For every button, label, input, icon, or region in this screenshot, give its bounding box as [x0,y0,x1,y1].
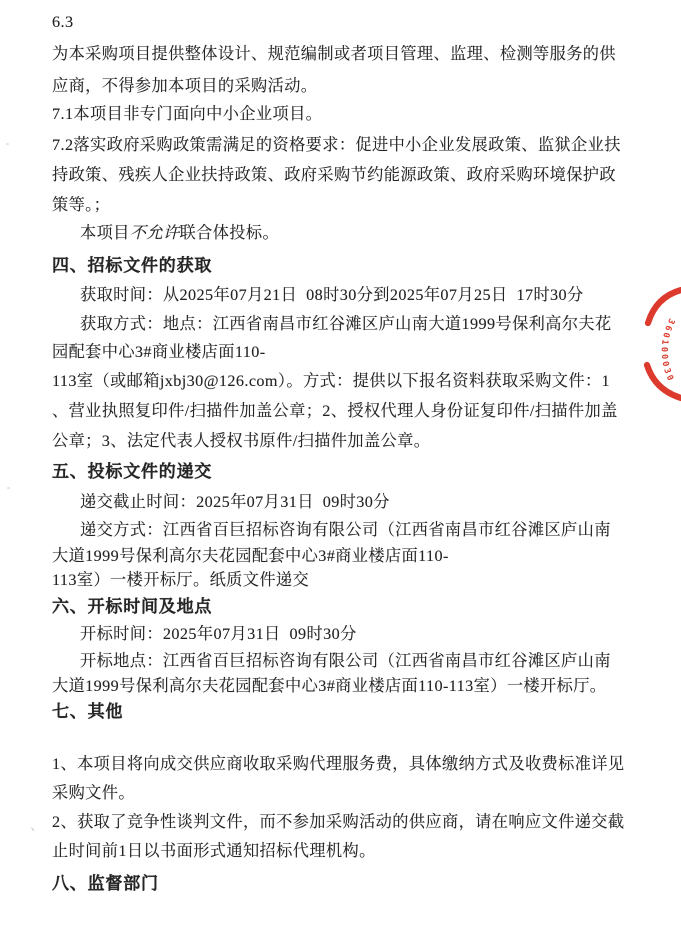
joint-bid-suffix: 联合体投标。 [180,224,280,242]
submission-method-line3: 113室）一楼开标厅。纸质文件递交 [52,570,309,590]
submission-deadline: 递交截止时间：2025年07月31日 09时30分 [80,492,390,512]
seal-ring-stroke-top [648,290,681,323]
opening-time: 开标时间：2025年07月31日 09时30分 [80,624,357,644]
acquisition-method-line1: 获取方式：地点：江西省南昌市红谷滩区庐山南大道1999号保利高尔夫花 [80,314,612,334]
clause-7-2-line3: 策等。； [52,195,110,215]
heading-section-8-supervisory-department: 八、监督部门 [52,873,159,894]
seal-code-digits: 3601000308 [641,284,676,385]
heading-section-4-document-acquisition: 四、招标文件的获取 [52,255,212,276]
heading-section-7-other: 七、其他 [52,701,123,722]
scan-speck [7,487,10,489]
submission-method-line2: 大道1999号保利高尔夫花园配套中心3#商业楼店面110- [52,546,449,566]
joint-bid-statement: 本项目不允许联合体投标。 [80,223,279,243]
joint-bid-prefix: 本项目 [80,224,130,242]
para-supplier-restriction-line2: 应商，不得参加本项目的采购活动。 [52,76,317,96]
other-item-1-line2: 采购文件。 [52,783,135,803]
opening-location-line1: 开标地点：江西省百巨招标咨询有限公司（江西省南昌市红谷滩区庐山南 [80,651,611,671]
seal-ring-stroke-bottom [647,365,681,398]
scan-artifact-mark: 、 [30,820,44,834]
other-item-2-line1: 2、获取了竞争性谈判文件，而不参加采购活动的供应商，请在响应文件递交截 [52,812,624,832]
document-page: 6.3 为本采购项目提供整体设计、规范编制或者项目管理、监理、检测等服务的供 应… [0,0,681,939]
acquisition-method-line2: 园配套中心3#商业楼店面110- [52,342,266,362]
scan-speck [6,143,9,145]
para-supplier-restriction-line1: 为本采购项目提供整体设计、规范编制或者项目管理、监理、检测等服务的供 [52,44,616,64]
clause-7-1: 7.1本项目非专门面向中小企业项目。 [52,104,322,124]
other-item-2-line2: 止时间前1日以书面形式通知招标代理机构。 [52,841,376,861]
acquisition-time: 获取时间：从2025年07月21日 08时30分到2025年07月25日 17时… [80,285,584,305]
heading-section-6-bid-opening: 六、开标时间及地点 [52,596,212,617]
clause-7-2-line2: 持政策、残疾人企业扶持政策、政府采购节约能源政策、政府采购环境保护政 [52,165,616,185]
clause-7-2-line1: 7.2落实政府采购政策需满足的资格要求：促进中小企业发展政策、监狱企业扶 [52,135,621,155]
acquisition-method-line5: 公章；3、法定代表人授权书原件/扫描件加盖公章。 [52,431,430,451]
acquisition-method-line4: 、营业执照复印件/扫描件加盖公章；2、授权代理人身份证复印件/扫描件加盖 [52,401,618,421]
heading-section-5-bid-submission: 五、投标文件的递交 [52,461,212,482]
joint-bid-not-allowed: 不允许 [130,224,180,242]
acquisition-method-line3: 113室（或邮箱jxbj30@126.com）。方式：提供以下报名资料获取采购文… [52,371,610,391]
red-seal-partial: 3601000308 [641,284,681,404]
other-item-1-line1: 1、本项目将向成交供应商收取采购代理服务费，具体缴纳方式及收费标准详见 [52,754,624,774]
opening-location-line2: 大道1999号保利高尔夫花园配套中心3#商业楼店面110-113室）一楼开标厅。 [52,676,606,696]
clause-6-3-number: 6.3 [52,12,73,32]
submission-method-line1: 递交方式：江西省百巨招标咨询有限公司（江西省南昌市红谷滩区庐山南 [80,520,611,540]
